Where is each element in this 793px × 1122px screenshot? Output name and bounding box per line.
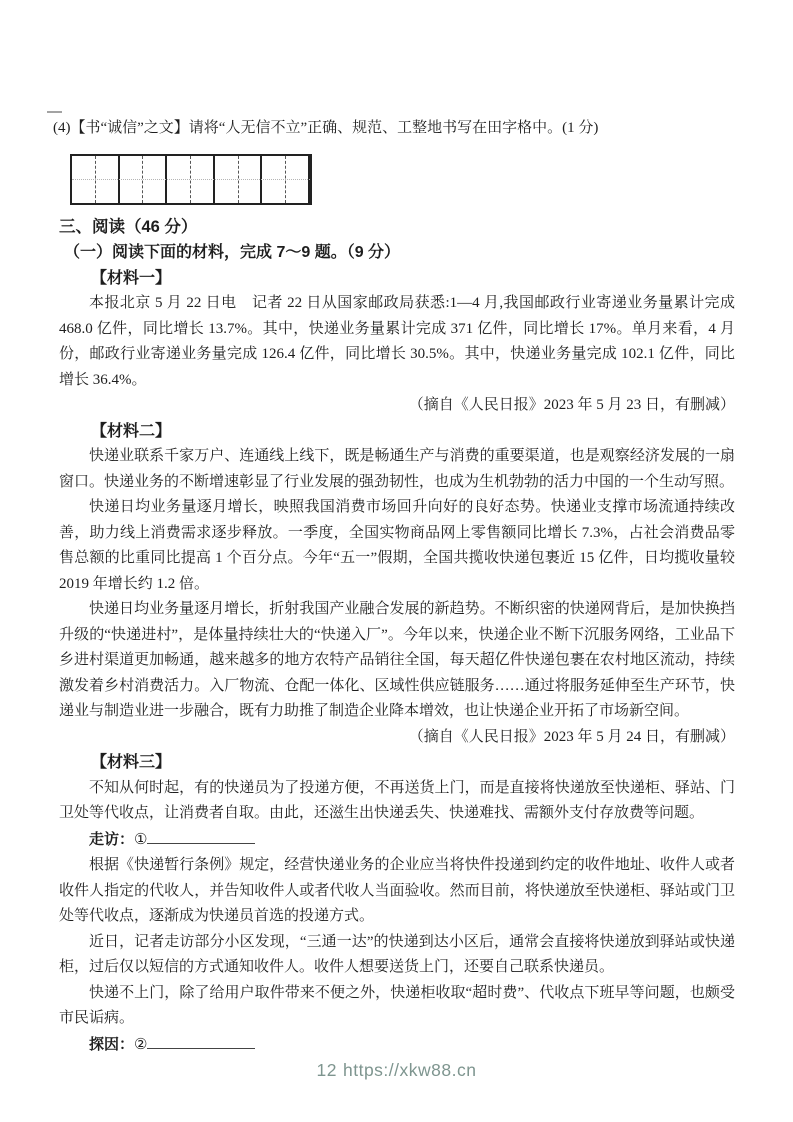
probe-answer-blank bbox=[147, 1033, 255, 1049]
section-title: 三、阅读（46 分） bbox=[59, 215, 735, 241]
visit-answer-blank bbox=[147, 828, 255, 844]
character-writing-grid bbox=[70, 154, 312, 205]
page-footer: 12https://xkw88.cn bbox=[0, 1060, 793, 1081]
subsection-title: （一）阅读下面的材料，完成 7～9 题。（9 分） bbox=[59, 240, 735, 266]
exam-page-content: (4)【书“诚信”之文】请将“人无信不立”正确、规范、工整地书写在田字格中。(1… bbox=[59, 116, 735, 1058]
material-2-paragraph: 快递日均业务量逐月增长，映照我国消费市场回升向好的良好态势。快递业支撑市场流通持… bbox=[59, 495, 735, 597]
material-1-paragraph: 本报北京 5 月 22 日电 记者 22 日从国家邮政局获悉:1—4 月,我国邮… bbox=[59, 291, 735, 393]
visit-blank-line: 走访：① bbox=[59, 827, 735, 854]
material-2-source: （摘自《人民日报》2023 年 5 月 24 日，有删减） bbox=[59, 725, 735, 751]
visit-label: 走访： bbox=[89, 831, 134, 848]
material-2-paragraph: 快递日均业务量逐月增长，折射我国产业融合发展的新趋势。不断织密的快递网背后，是加… bbox=[59, 597, 735, 725]
material-1-source: （摘自《人民日报》2023 年 5 月 23 日，有删减） bbox=[59, 393, 735, 419]
probe-blank-line: 探因：② bbox=[59, 1032, 735, 1059]
material-3-paragraph: 不知从何时起，有的快递员为了投递方便，不再送货上门，而是直接将快递放至快递柜、驿… bbox=[59, 776, 735, 827]
probe-label: 探因： bbox=[89, 1036, 134, 1053]
material-3-heading: 【材料三】 bbox=[59, 750, 735, 776]
material-1-heading: 【材料一】 bbox=[59, 266, 735, 292]
material-3-paragraph: 根据《快递暂行条例》规定，经营快递业务的企业应当将快件投递到约定的收件地址、收件… bbox=[59, 853, 735, 930]
page-number: 12 bbox=[317, 1060, 337, 1080]
stray-dash-mark bbox=[47, 111, 62, 113]
material-2-paragraph: 快递业联系千家万户、连通线上线下，既是畅通生产与消费的重要渠道，也是观察经济发展… bbox=[59, 444, 735, 495]
question-4-prompt: (4)【书“诚信”之文】请将“人无信不立”正确、规范、工整地书写在田字格中。(1… bbox=[53, 116, 735, 142]
probe-marker: ② bbox=[134, 1037, 147, 1053]
material-2-heading: 【材料二】 bbox=[59, 419, 735, 445]
visit-marker: ① bbox=[134, 832, 147, 848]
footer-url: https://xkw88.cn bbox=[343, 1060, 476, 1080]
material-3-paragraph: 快递不上门，除了给用户取件带来不便之外，快递柜收取“超时费”、代收点下班早等问题… bbox=[59, 981, 735, 1032]
grid-horizontal-midline bbox=[72, 179, 310, 180]
material-3-paragraph: 近日，记者走访部分小区发现，“三通一达”的快递到达小区后，通常会直接将快递放到驿… bbox=[59, 930, 735, 981]
